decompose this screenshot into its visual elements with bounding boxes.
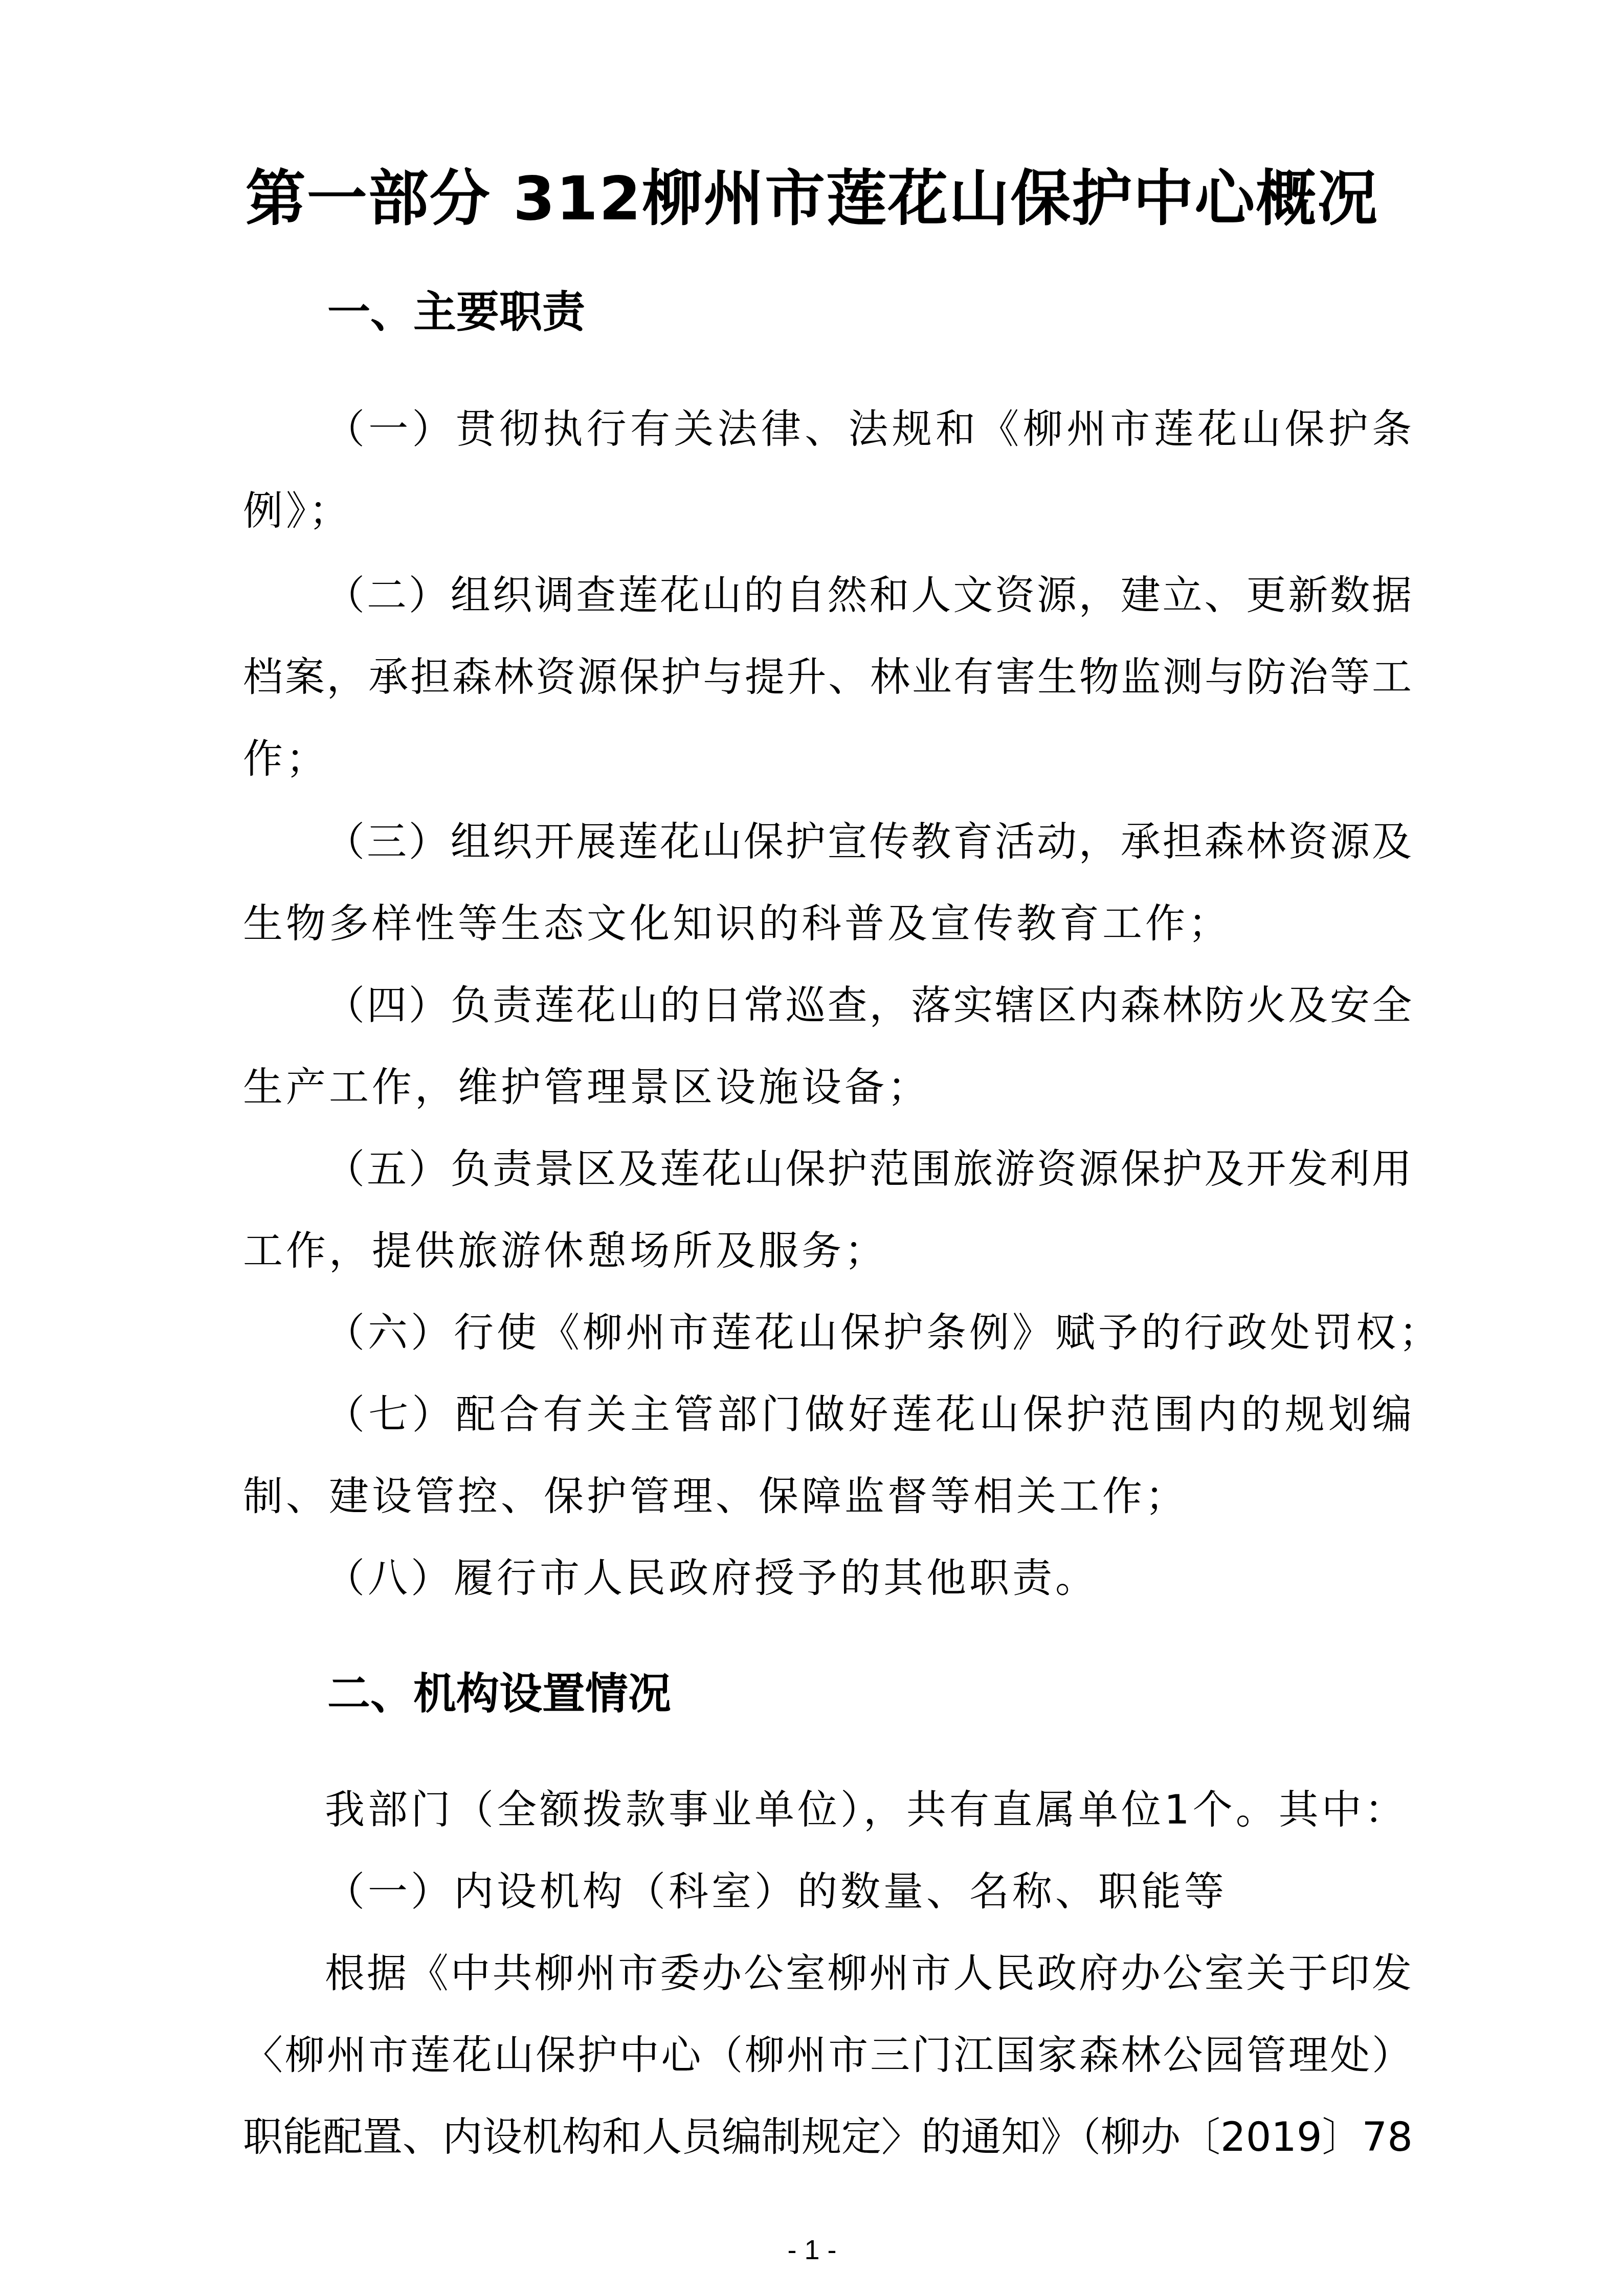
paragraph-line: 我部门（全额拨款事业单位），共有直属单位1个。其中： xyxy=(325,1785,1412,1836)
section-heading-main-duties: 一、主要职责 xyxy=(327,286,585,337)
paragraph-line: （三）组织开展莲花山保护宣传教育活动，承担森林资源及 xyxy=(325,817,1412,868)
paragraph-line: （一）内设机构（科室）的数量、名称、职能等 xyxy=(325,1866,1412,1918)
paragraph-line: 根据《中共柳州市委办公室柳州市人民政府办公室关于印发 xyxy=(325,1948,1412,1999)
document-page: 第一部分 312柳州市莲花山保护中心概况 一、主要职责 （一）贯彻执行有关法律、… xyxy=(0,0,1624,2296)
section-heading-organization: 二、机构设置情况 xyxy=(327,1668,671,1719)
paragraph-line: 职能配置、内设机构和人员编制规定〉的通知》（柳办〔2019〕78 xyxy=(243,2112,1412,2163)
paragraph-line: （二）组织调查莲花山的自然和人文资源，建立、更新数据 xyxy=(325,570,1412,621)
paragraph-line: 例》； xyxy=(243,486,1412,537)
paragraph-line: （一）贯彻执行有关法律、法规和《柳州市莲花山保护条 xyxy=(325,404,1412,455)
paragraph-line: （五）负责景区及莲花山保护范围旅游资源保护及开发利用 xyxy=(325,1144,1412,1195)
paragraph-line: 档案，承担森林资源保护与提升、林业有害生物监测与防治等工 xyxy=(243,652,1412,703)
paragraph-line: 生产工作，维护管理景区设施设备； xyxy=(243,1062,1412,1113)
paragraph-line: 作； xyxy=(243,734,1412,785)
paragraph-line: 〈柳州市莲花山保护中心（柳州市三门江国家森林公园管理处） xyxy=(243,2030,1412,2081)
page-number: - 1 - xyxy=(0,2232,1624,2268)
paragraph-line: 工作，提供旅游休憩场所及服务； xyxy=(243,1226,1412,1277)
paragraph-line: 生物多样性等生态文化知识的科普及宣传教育工作； xyxy=(243,898,1412,950)
paragraph-line: （四）负责莲花山的日常巡查，落实辖区内森林防火及安全 xyxy=(325,980,1412,1031)
paragraph-line: （八）履行市人民政府授予的其他职责。 xyxy=(325,1553,1412,1604)
paragraph-line: （六）行使《柳州市莲花山保护条例》赋予的行政处罚权； xyxy=(325,1308,1412,1359)
paragraph-line: 制、建设管控、保护管理、保障监督等相关工作； xyxy=(243,1471,1412,1522)
paragraph-line: （七）配合有关主管部门做好莲花山保护范围内的规划编 xyxy=(325,1389,1412,1440)
page-title: 第一部分 312柳州市莲花山保护中心概况 xyxy=(0,163,1624,234)
